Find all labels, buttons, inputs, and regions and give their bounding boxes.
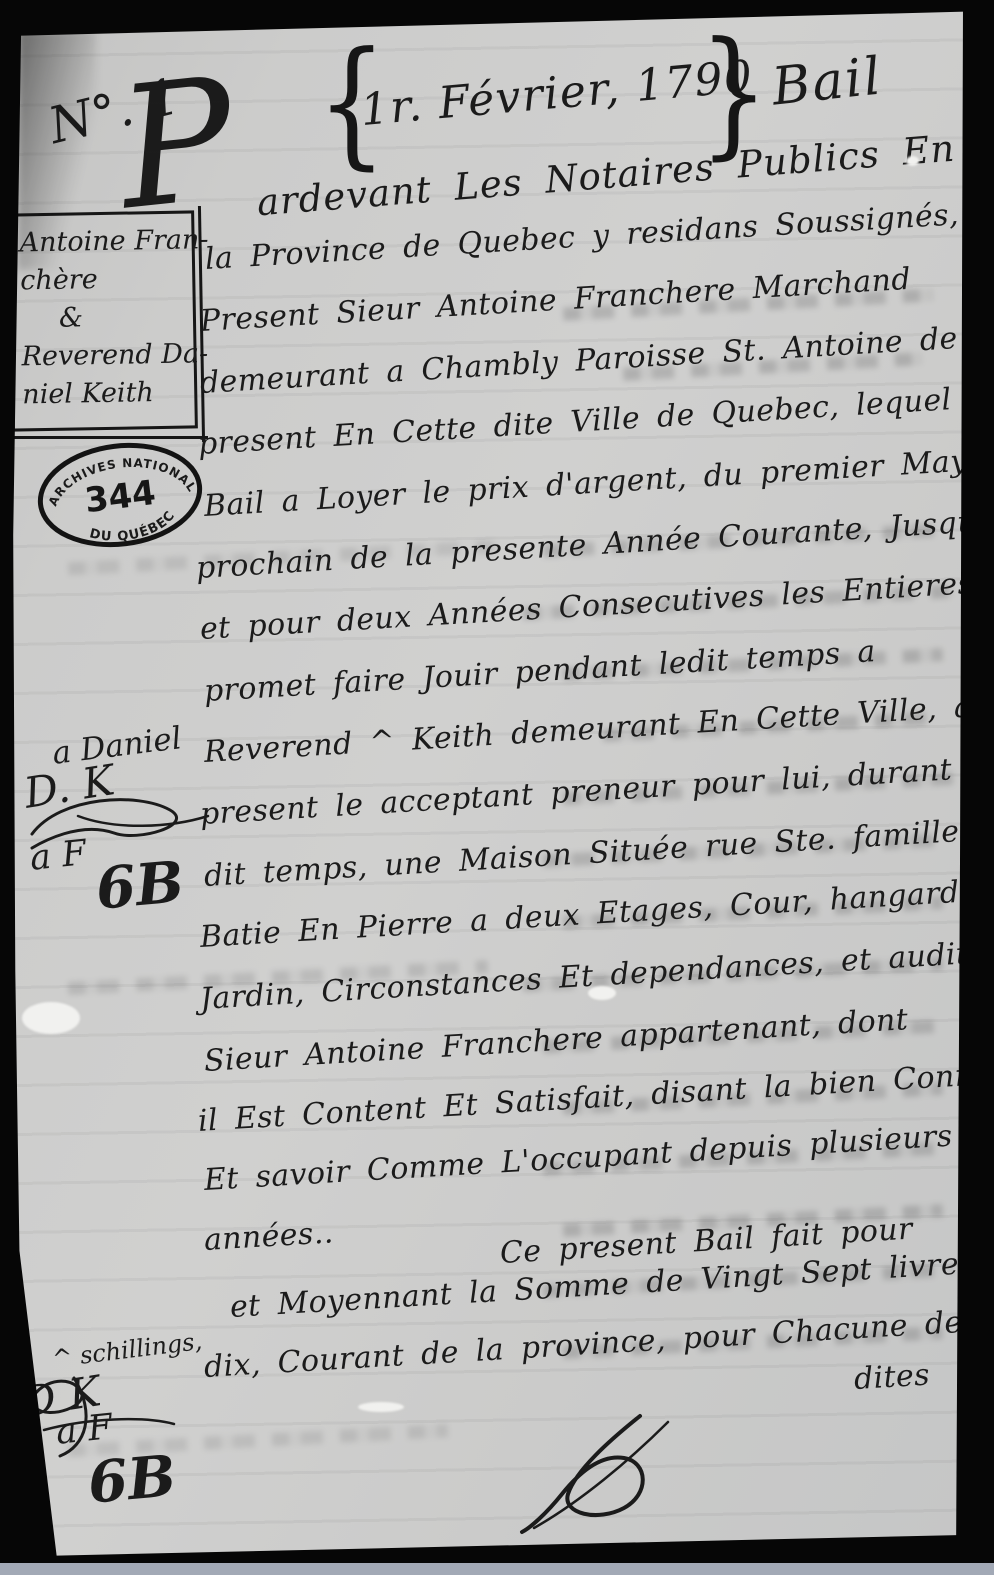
scan-texture: [8, 6, 974, 1562]
document-page: N°. 1 P ardevant Les Notaires Publics En…: [8, 6, 974, 1562]
scanned-document: N°. 1 P ardevant Les Notaires Publics En…: [0, 0, 994, 1575]
scanner-bed-strip: [0, 1563, 994, 1575]
